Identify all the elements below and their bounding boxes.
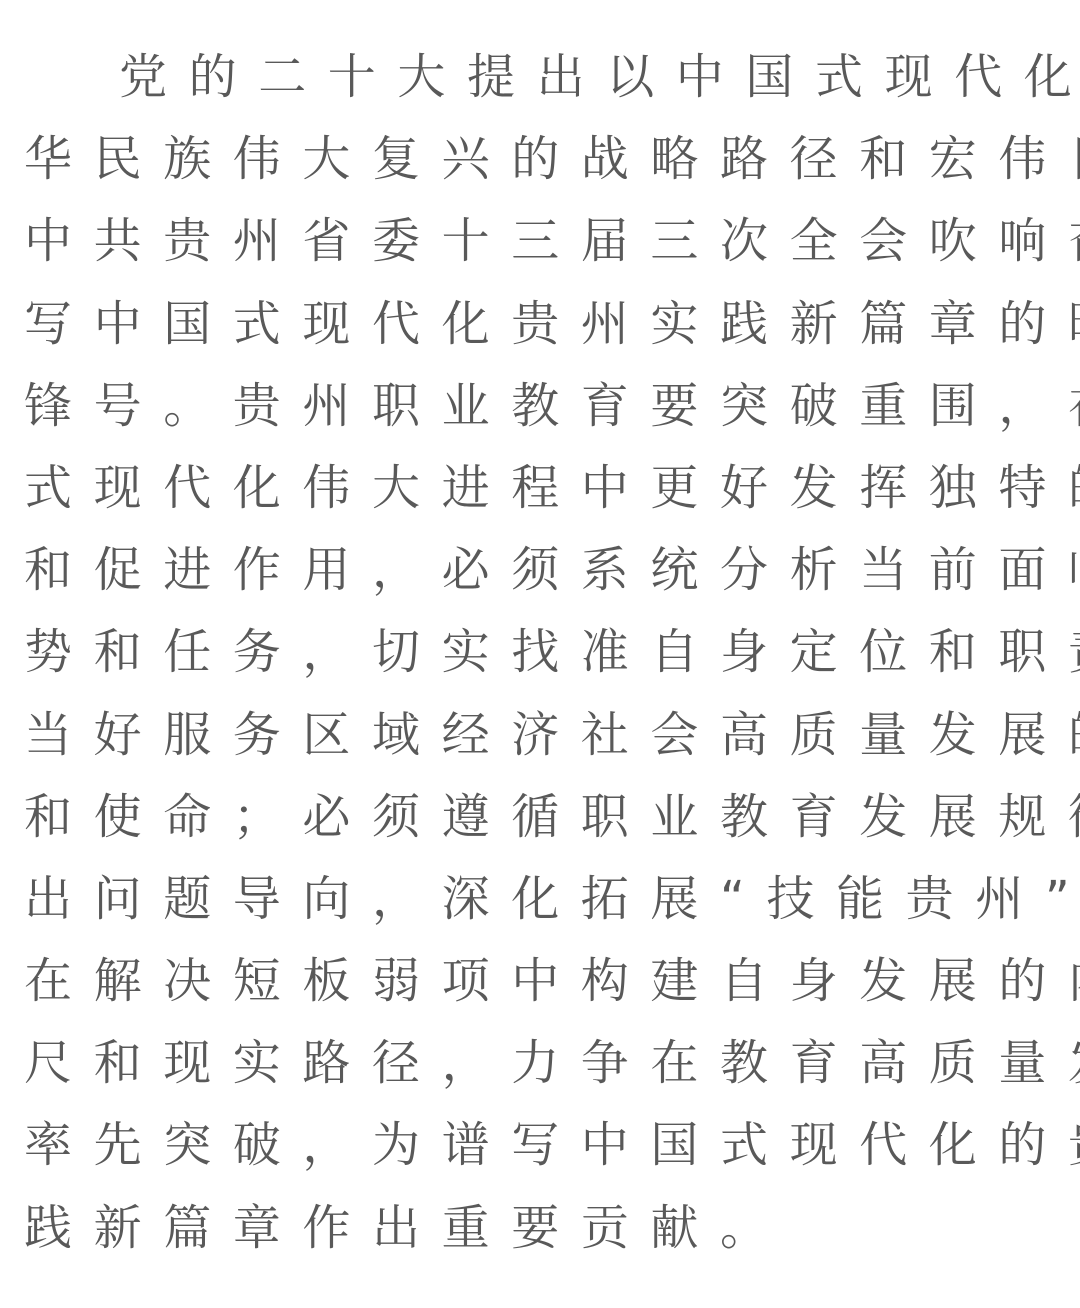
paragraph-line: 尺和现实路径，力争在教育高质量发展中 (24, 1022, 1064, 1104)
paragraph-line: 率先突破，为谱写中国式现代化的贵州实 (24, 1104, 1064, 1186)
paragraph-line: 势和任务，切实找准自身定位和职责，担 (24, 611, 1064, 693)
article-paragraph: 党的二十大提出以中国式现代化推进中 华民族伟大复兴的战略路径和宏伟目标。 中共贵… (24, 36, 1064, 1269)
paragraph-line: 锋号。贵州职业教育要突破重围，在中国 (24, 365, 1064, 447)
paragraph-line: 当好服务区域经济社会高质量发展的责任 (24, 694, 1064, 776)
paragraph-line: 出问题导向，深化拓展“技能贵州”建设， (24, 858, 1064, 940)
paragraph-line: 中共贵州省委十三届三次全会吹响奋力谱 (24, 200, 1064, 282)
paragraph-line: 党的二十大提出以中国式现代化推进中 (24, 36, 1064, 118)
paragraph-line: 华民族伟大复兴的战略路径和宏伟目标。 (24, 118, 1064, 200)
paragraph-line: 写中国式现代化贵州实践新篇章的时代冲 (24, 283, 1064, 365)
paragraph-line: 式现代化伟大进程中更好发挥独特的支撑 (24, 447, 1064, 529)
paragraph-line: 在解决短板弱项中构建自身发展的内在标 (24, 940, 1064, 1022)
paragraph-line: 和使命；必须遵循职业教育发展规律，突 (24, 776, 1064, 858)
paragraph-line: 和促进作用，必须系统分析当前面临的形 (24, 529, 1064, 611)
paragraph-line: 践新篇章作出重要贡献。 (24, 1187, 1064, 1269)
